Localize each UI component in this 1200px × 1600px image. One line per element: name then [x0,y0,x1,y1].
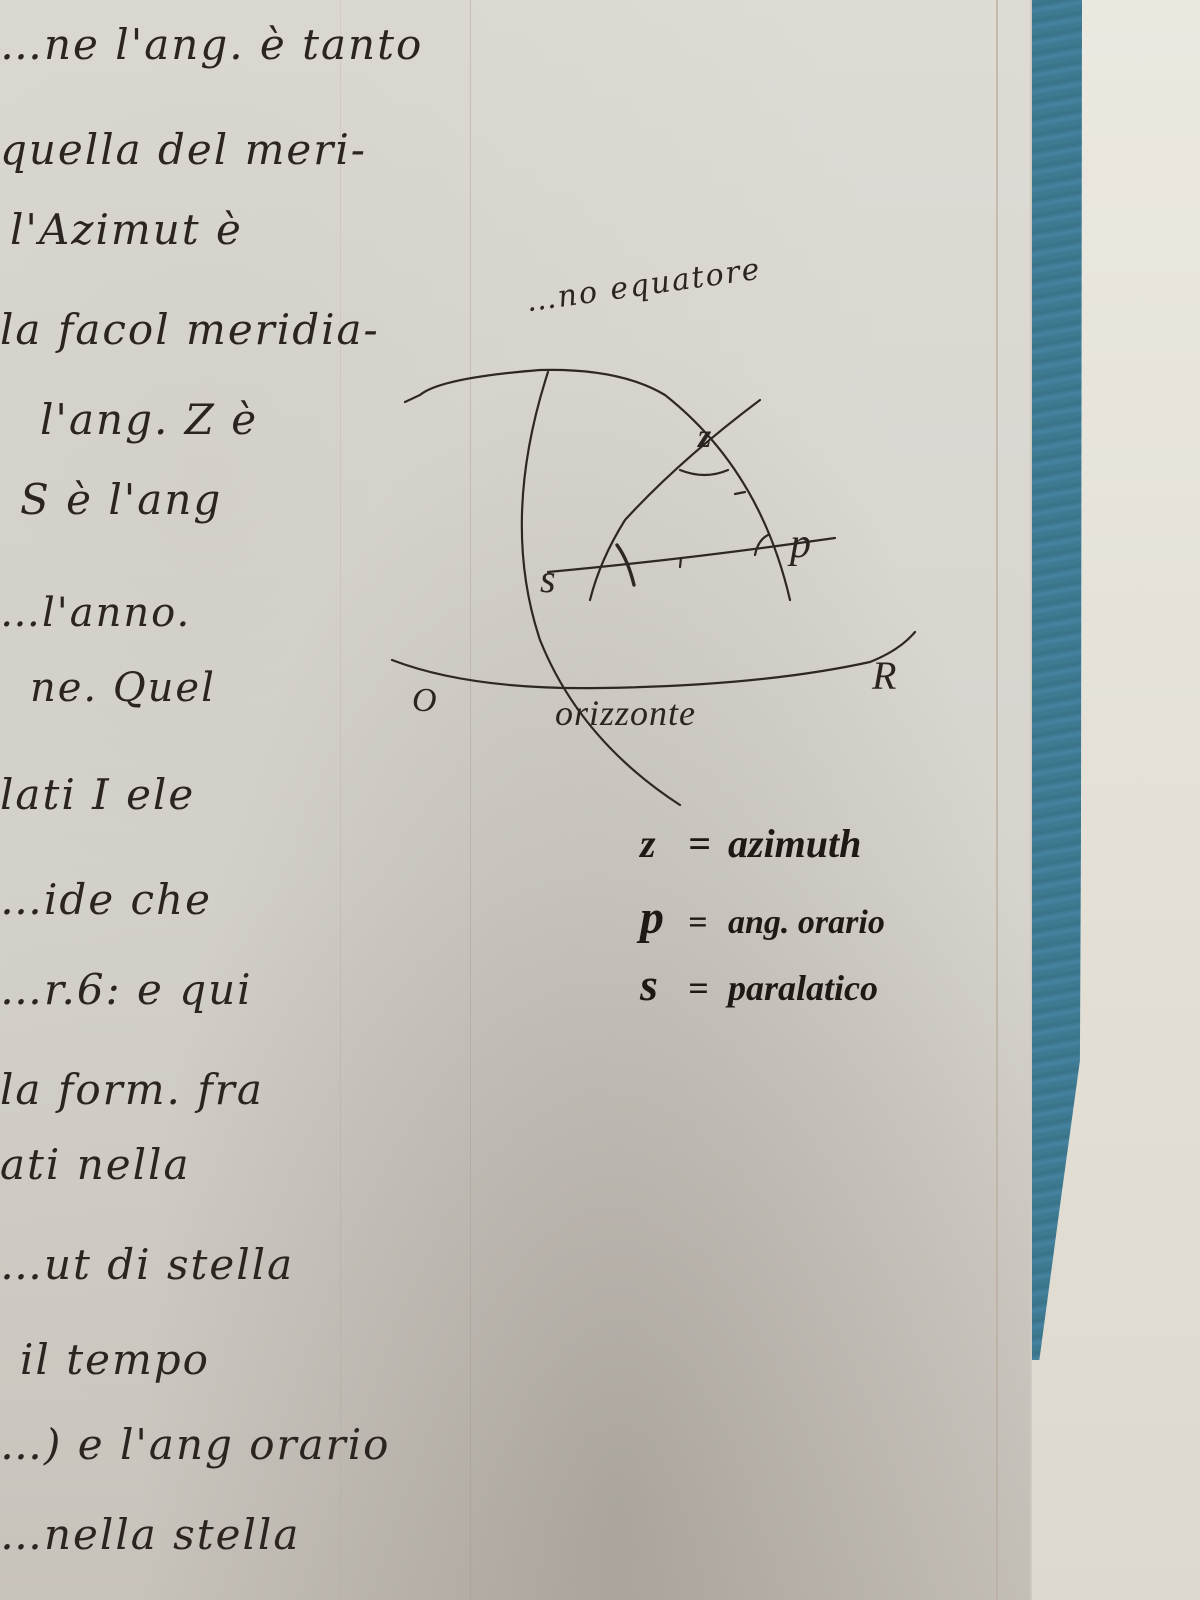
meridian-arc [405,370,790,600]
handwritten-line: ati nella [0,1140,191,1189]
spherical-triangle-diagram [0,0,1000,900]
legend-equals: = [688,967,728,1009]
label-z: z [698,418,711,456]
handwritten-line: …r.6: e qui [0,965,253,1014]
legend-symbol: s [640,958,688,1011]
legend-equals: = [688,820,728,867]
legend-symbol: p [640,890,688,945]
label-r: R [872,652,896,699]
manuscript-page: …ne l'ang. è tantoquella del meri-l'Azim… [0,0,1030,1600]
legend-hour-angle: p=ang. orario [640,890,885,945]
label-p: p [790,520,811,568]
handwritten-line: la form. fra [0,1065,264,1114]
angle-mark-p [755,535,768,555]
tick-mark [735,492,745,494]
legend-azimuth: z=azimuth [640,820,861,867]
handwritten-line: …ut di stella [0,1240,294,1289]
hour-circle-arc [590,400,760,600]
label-o: O [412,682,437,720]
handwritten-line: …) e l'ang orario [0,1420,390,1469]
label-horizon: orizzonte [555,692,696,734]
tick-mark [680,558,681,567]
legend-symbol: z [640,820,688,867]
legend-meaning: azimuth [728,821,861,866]
handwritten-line: il tempo [20,1335,210,1384]
azimuth-angle-mark [680,470,728,475]
legend-meaning: paralatico [728,968,878,1008]
handwritten-line: …nella stella [0,1510,300,1559]
legend-equals: = [688,904,728,942]
label-s: s [540,555,556,602]
legend-meaning: ang. orario [728,904,885,941]
legend-parallactic: s=paralatico [640,958,878,1011]
horizon-line [392,632,915,688]
